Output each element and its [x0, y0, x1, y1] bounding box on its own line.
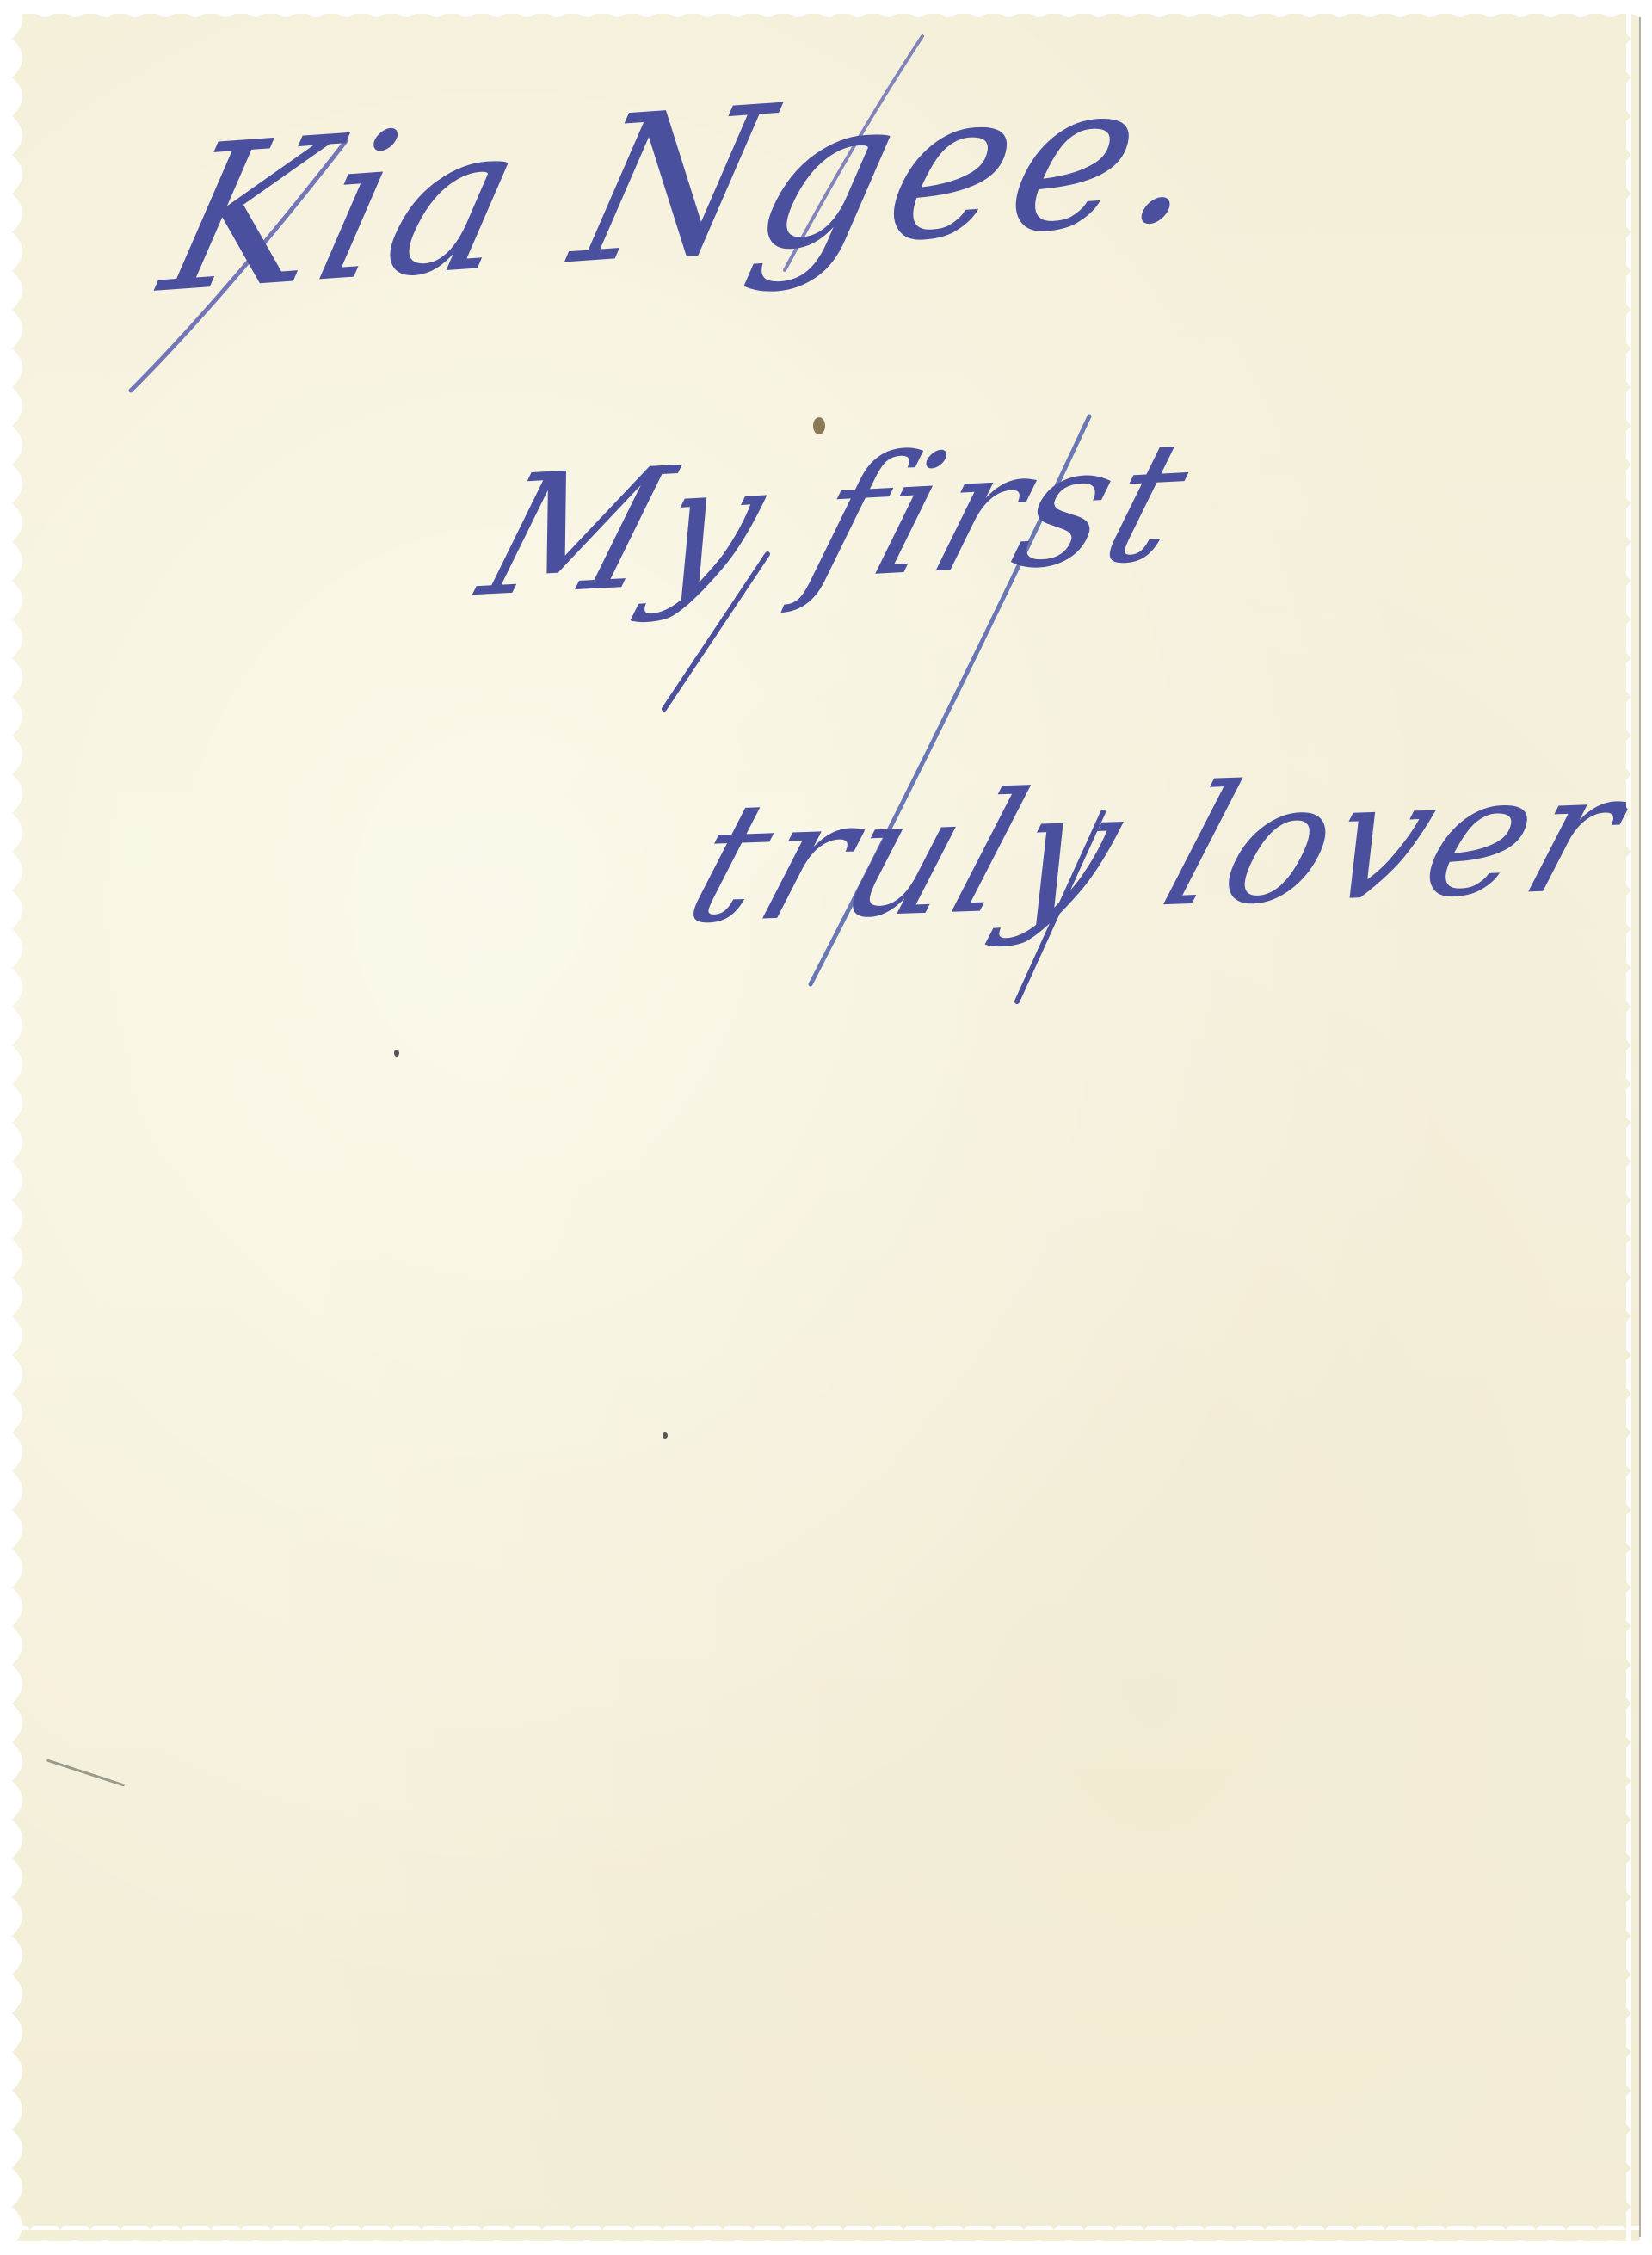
deckle-edge [0, 0, 1652, 2255]
